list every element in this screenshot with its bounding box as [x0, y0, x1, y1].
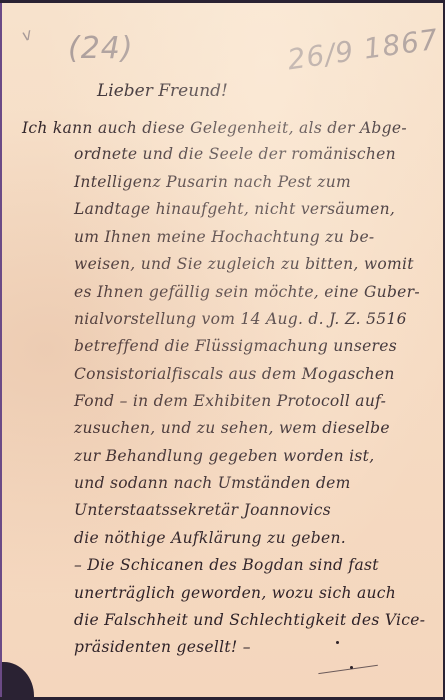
signature-dot — [350, 666, 353, 669]
letter-line: und sodann nach Umständen dem — [74, 474, 351, 492]
letter-line: zusuchen, und zu sehen, wem dieselbe — [74, 419, 390, 437]
letter-line: zur Behandlung gegeben worden ist, — [74, 447, 374, 465]
letter-line: Intelligenz Pusarin nach Pest zum — [74, 173, 351, 191]
letter-line: Ich kann auch diese Gelegenheit, als der… — [22, 119, 407, 137]
letter-line: die nöthige Aufklärung zu geben. — [74, 529, 346, 547]
letter-line: nialvorstellung vom 14 Aug. d. J. Z. 551… — [74, 310, 407, 328]
letter-line: präsidenten gesellt! – — [74, 638, 251, 656]
letter-line: um Ihnen meine Hochachtung zu be- — [74, 228, 374, 246]
letter-line: betreffend die Flüssigmachung unseres — [74, 337, 397, 355]
letter-line: die Falschheit und Schlechtigkeit des Vi… — [74, 611, 425, 629]
signature-dot — [336, 641, 339, 644]
salutation: Lieber Freund! — [97, 81, 228, 101]
letter-line: Fond – in dem Exhibiten Protocoll auf- — [74, 392, 386, 410]
letter-line: Consistorialfiscals aus dem Mogaschen — [74, 365, 395, 383]
torn-corner — [0, 662, 34, 697]
letter-line: es Ihnen gefällig sein möchte, eine Gube… — [74, 283, 420, 301]
letter-page: v (24) 26/9 1867 Lieber Freund! Ich kann… — [0, 3, 443, 697]
letter-line: Landtage hinaufgeht, nicht versäumen, — [74, 200, 395, 218]
letter-line: weisen, und Sie zugleich zu bitten, womi… — [74, 255, 414, 273]
letter-line: – Die Schicanen des Bogdan sind fast — [74, 556, 379, 574]
pencil-date: 26/9 1867 — [285, 23, 440, 77]
letter-line: Unterstaatssekretär Joannovics — [74, 501, 331, 519]
letter-line: unerträglich geworden, wozu sich auch — [74, 584, 396, 602]
signature-flourish — [316, 649, 378, 674]
letter-line: ordnete und die Seele der romänischen — [74, 145, 396, 163]
pencil-reference-number: (24) — [68, 31, 134, 66]
pencil-check-mark: v — [19, 24, 35, 45]
